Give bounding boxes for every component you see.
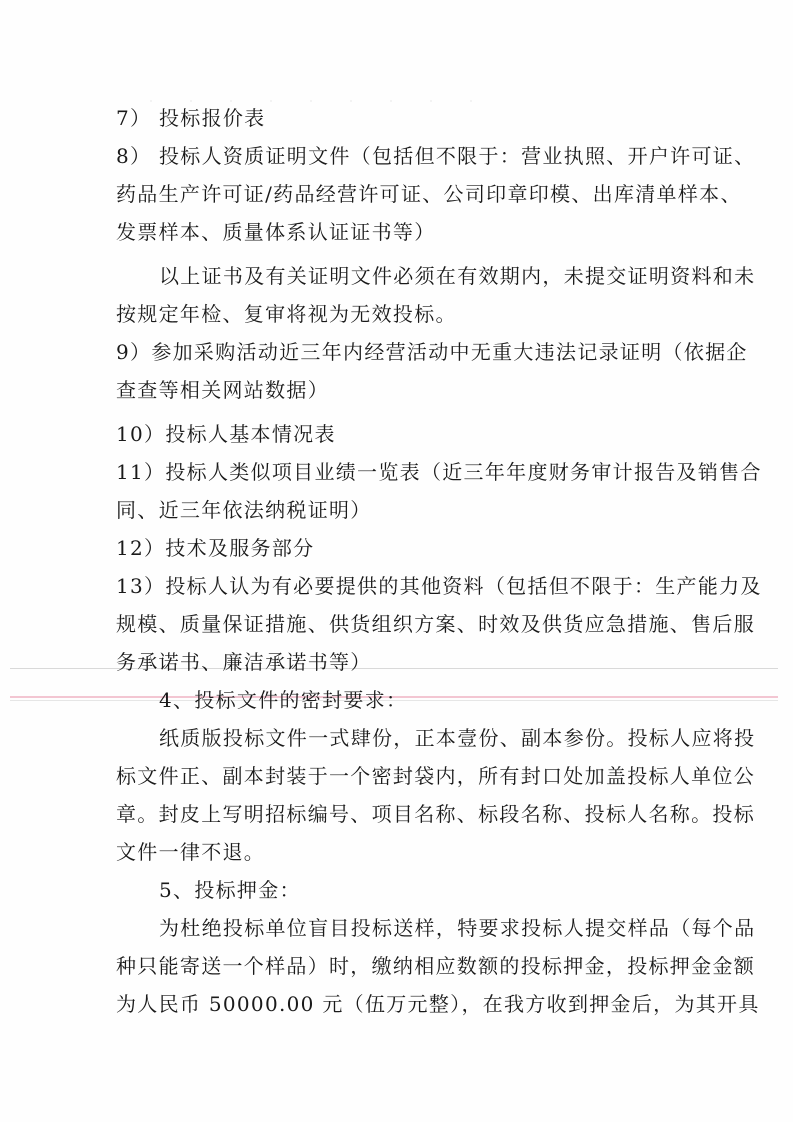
- section-4-line-2: 标文件正、副本封装于一个密封袋内，所有封口处加盖投标人单位公: [116, 757, 680, 795]
- list-item-11-line-1: 11）投标人类似项目业绩一览表（近三年年度财务审计报告及销售合: [116, 453, 680, 491]
- list-item-8-line-2: 药品生产许可证/药品经营许可证、公司印章印模、出库清单样本、: [116, 175, 680, 213]
- section-5-heading: 5、投标押金：: [116, 871, 680, 909]
- list-item-13-line-1: 13）投标人认为有必要提供的其他资料（包括但不限于：生产能力及: [116, 567, 680, 605]
- list-item-9-line-1: 9）参加采购活动近三年内经营活动中无重大违法记录证明（依据企: [116, 333, 680, 371]
- section-5-line-2: 种只能寄送一个样品）时，缴纳相应数额的投标押金，投标押金金额: [116, 947, 680, 985]
- list-item-9-line-2: 查查等相关网站数据）: [116, 371, 680, 409]
- list-item-8-line-3: 发票样本、质量体系认证证书等）: [116, 213, 680, 251]
- list-item-12: 12）技术及服务部分: [116, 529, 680, 567]
- list-item-10: 10）投标人基本情况表: [116, 415, 680, 453]
- section-4-heading: 4、投标文件的密封要求：: [116, 681, 680, 719]
- list-item-8-line-1: 8） 投标人资质证明文件（包括但不限于：营业执照、开户许可证、: [116, 137, 680, 175]
- section-4-line-1: 纸质版投标文件一式肆份，正本壹份、副本参份。投标人应将投: [116, 719, 680, 757]
- list-item-13-line-3: 务承诺书、廉洁承诺书等）: [116, 643, 680, 681]
- document-page: 7） 投标报价表 8） 投标人资质证明文件（包括但不限于：营业执照、开户许可证、…: [0, 0, 793, 1122]
- note-paragraph-line-1: 以上证书及有关证明文件必须在有效期内，未提交证明资料和未: [116, 257, 680, 295]
- list-item-13-line-2: 规模、质量保证措施、供货组织方案、时效及供货应急措施、售后服: [116, 605, 680, 643]
- section-4-line-3: 章。封皮上写明招标编号、项目名称、标段名称、投标人名称。投标: [116, 795, 680, 833]
- section-5-line-3: 为人民币 50000.00 元（伍万元整），在我方收到押金后，为其开具: [116, 985, 680, 1023]
- list-item-7: 7） 投标报价表: [116, 99, 680, 137]
- section-5-line-1: 为杜绝投标单位盲目投标送样，特要求投标人提交样品（每个品: [116, 909, 680, 947]
- section-4-line-4: 文件一律不退。: [116, 833, 680, 871]
- list-item-11-line-2: 同、近三年依法纳税证明）: [116, 491, 680, 529]
- document-body: 7） 投标报价表 8） 投标人资质证明文件（包括但不限于：营业执照、开户许可证、…: [116, 99, 680, 1023]
- note-paragraph-line-2: 按规定年检、复审将视为无效投标。: [116, 295, 680, 333]
